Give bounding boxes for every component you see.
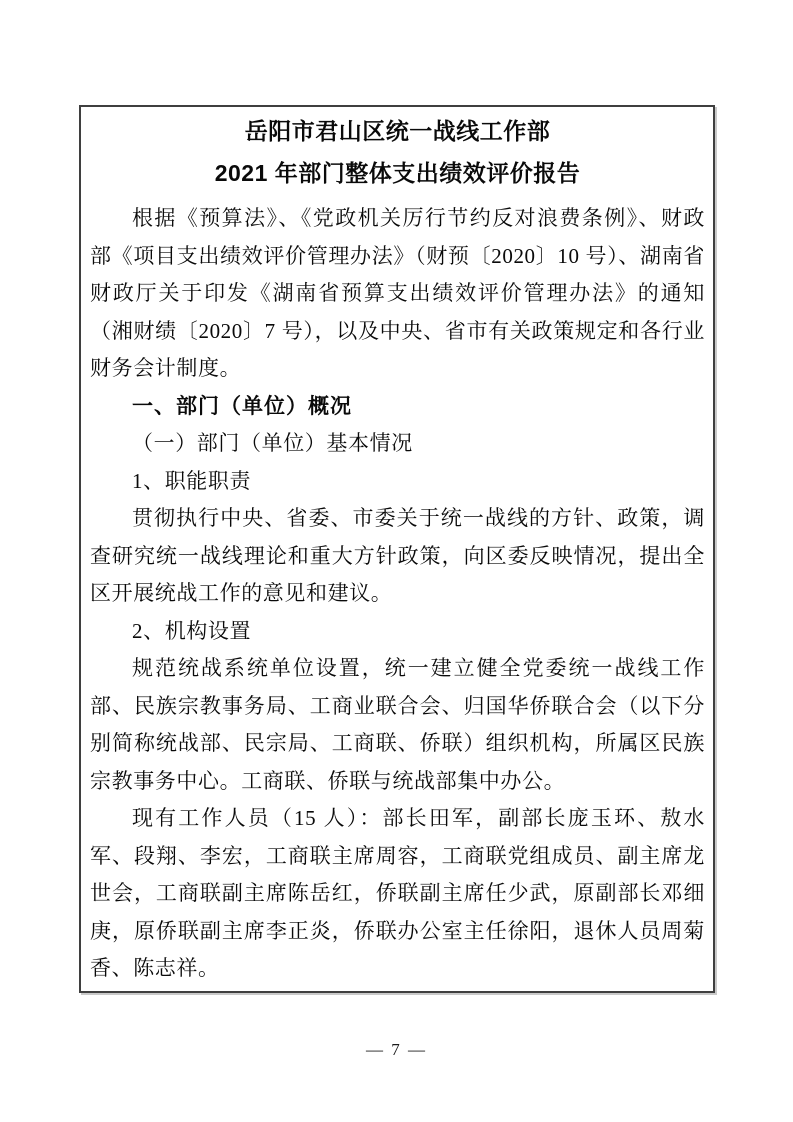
document-frame: 岳阳市君山区统一战线工作部 2021 年部门整体支出绩效评价报告 根据《预算法》… — [79, 105, 715, 993]
document-page: 岳阳市君山区统一战线工作部 2021 年部门整体支出绩效评价报告 根据《预算法》… — [0, 0, 793, 1122]
paragraph-organization-detail: 规范统战系统单位设置，统一建立健全党委统一战线工作部、民族宗教事务局、工商业联合… — [90, 650, 705, 800]
document-subtitle: 2021 年部门整体支出绩效评价报告 — [90, 152, 705, 194]
subheading-basic-situation: （一）部门（单位）基本情况 — [90, 425, 705, 463]
page-number: — 7 — — [0, 1038, 793, 1062]
heading-section-one: 一、部门（单位）概况 — [90, 388, 705, 426]
item-functions-duties: 1、职能职责 — [90, 463, 705, 501]
document-title: 岳阳市君山区统一战线工作部 — [90, 110, 705, 152]
paragraph-legal-basis: 根据《预算法》、《党政机关厉行节约反对浪费条例》、财政部《项目支出绩效评价管理办… — [90, 200, 705, 388]
paragraph-duties-detail: 贯彻执行中央、省委、市委关于统一战线的方针、政策，调查研究统一战线理论和重大方针… — [90, 500, 705, 613]
paragraph-staff-roster: 现有工作人员（15 人）：部长田军，副部长庞玉环、敖水军、段翔、李宏，工商联主席… — [90, 800, 705, 988]
item-organization-setup: 2、机构设置 — [90, 613, 705, 651]
subheading-expenditure-scope: （二）部门（单位）整体支出规模、使用方向和主要内容、涉及范围等 — [90, 988, 705, 994]
